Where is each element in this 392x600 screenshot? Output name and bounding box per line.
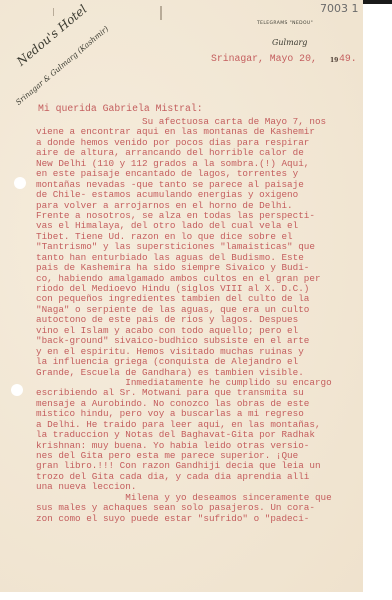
letter-body: Su afectuosa carta de Mayo 7, nosviene a… bbox=[36, 117, 366, 524]
letterhead-hotel-locations: Srinagar & Gulmarg (Kashmir) bbox=[14, 24, 110, 107]
letter-line: pais de Kashemira ha sido siempre Sivaic… bbox=[36, 263, 366, 273]
letter-date: Srinagar, Mayo 20, bbox=[211, 53, 317, 64]
letter-salutation: Mi querida Gabriela Mistral: bbox=[38, 103, 203, 114]
letterhead-year-prefix: 19 bbox=[330, 57, 338, 64]
letter-page: 7003 1 TELEGRAMS "NEDOU" Gulmarg Nedou's… bbox=[0, 0, 363, 592]
scan-edge bbox=[363, 0, 392, 4]
letter-line: la traduccion y Notas del Baghavat-Gita … bbox=[36, 430, 366, 440]
letterhead-place: Gulmarg bbox=[272, 38, 307, 47]
letter-line: la influencia griega (conquista de Aleja… bbox=[36, 357, 366, 367]
letter-line: zon como el suyo puede estar "sufrido" o… bbox=[36, 514, 366, 524]
archive-number: 7003 1 bbox=[320, 2, 359, 15]
paper-mark bbox=[53, 8, 54, 16]
letter-line: de Chile- estamos acumulando energias y … bbox=[36, 190, 366, 200]
punch-hole bbox=[11, 384, 23, 396]
punch-hole bbox=[14, 177, 26, 189]
paper-mark bbox=[160, 6, 162, 20]
letter-year: 49. bbox=[339, 53, 357, 64]
letterhead-hotel-name: Nedou's Hotel bbox=[14, 2, 90, 69]
letterhead-telegrams: TELEGRAMS "NEDOU" bbox=[257, 21, 313, 26]
